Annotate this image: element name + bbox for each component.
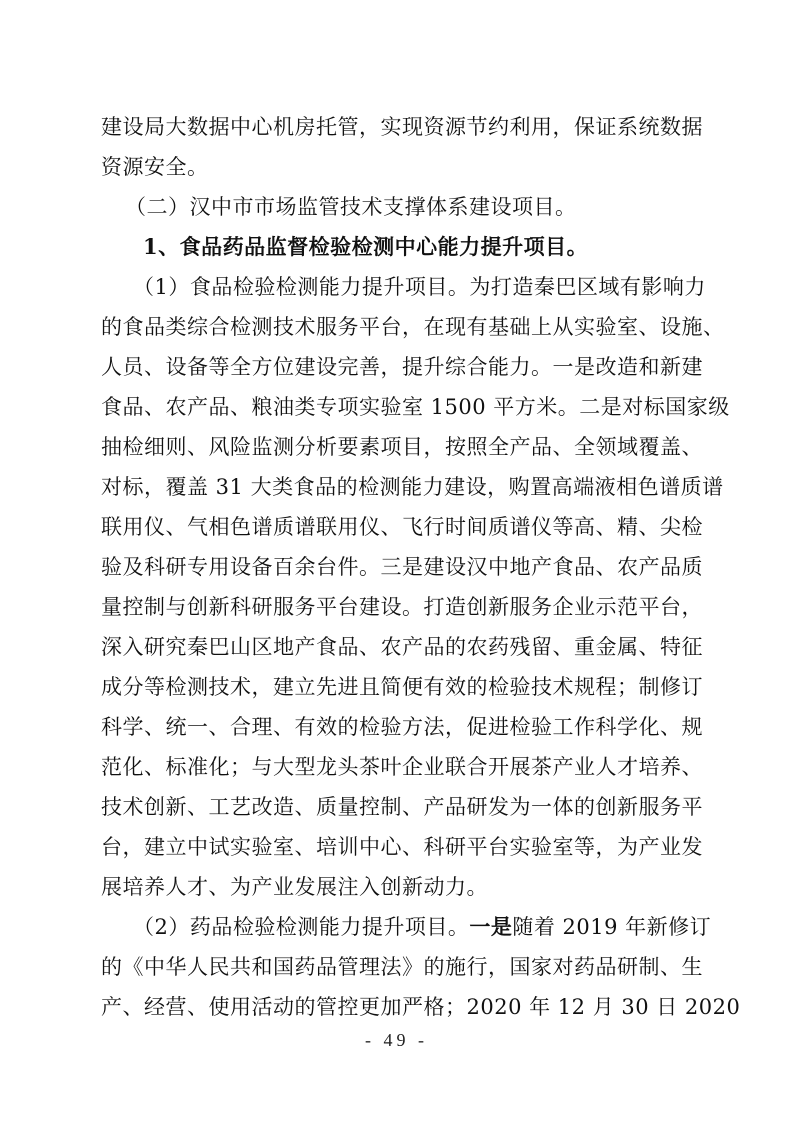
paragraph-line: 深入研究秦巴山区地产食品、农产品的农药残留、重金属、特征 (101, 627, 701, 667)
paragraph-line: 抽检细则、风险监测分析要素项目，按照全产品、全领域覆盖、 (101, 427, 701, 467)
page-number: - 49 - (0, 1030, 793, 1051)
line-text: （2）药品检验检测能力提升项目。 (133, 915, 469, 939)
paragraph-line: 联用仪、气相色谱质谱联用仪、飞行时间质谱仪等高、精、尖检 (101, 507, 701, 547)
paragraph-line: （2）药品检验检测能力提升项目。一是随着 2019 年新修订 (133, 907, 701, 947)
paragraph-line: 人员、设备等全方位建设完善，提升综合能力。一是改造和新建 (101, 347, 701, 387)
line-text: 随着 2019 年新修订 (512, 915, 711, 939)
paragraph-line: 建设局大数据中心机房托管，实现资源节约利用，保证系统数据 (101, 107, 701, 147)
paragraph-line: 范化、标准化；与大型龙头茶叶企业联合开展茶产业人才培养、 (101, 747, 701, 787)
section-heading: （二）汉中市市场监管技术支撑体系建设项目。 (125, 187, 683, 227)
subsection-heading: 1、食品药品监督检验检测中心能力提升项目。 (143, 227, 701, 267)
paragraph-line: 的食品类综合检测技术服务平台，在现有基础上从实验室、设施、 (101, 307, 701, 347)
paragraph-line: 验及科研专用设备百余台件。三是建设汉中地产食品、农产品质 (101, 547, 701, 587)
paragraph-line: 资源安全。 (101, 147, 701, 187)
paragraph-line: 成分等检测技术，建立先进且简便有效的检验技术规程；制修订 (101, 667, 701, 707)
paragraph-line: 技术创新、工艺改造、质量控制、产品研发为一体的创新服务平 (101, 787, 701, 827)
document-page: 建设局大数据中心机房托管，实现资源节约利用，保证系统数据 资源安全。 （二）汉中… (0, 0, 793, 1122)
paragraph-line: 对标，覆盖 31 大类食品的检测能力建设，购置高端液相色谱质谱 (101, 467, 701, 507)
paragraph-line: 台，建立中试实验室、培训中心、科研平台实验室等，为产业发 (101, 827, 701, 867)
paragraph-line: 产、经营、使用活动的管控更加严格；2020 年 12 月 30 日 2020 (101, 987, 701, 1027)
emphasis-text: 一是 (469, 914, 512, 939)
paragraph-line: （1）食品检验检测能力提升项目。为打造秦巴区域有影响力 (133, 267, 701, 307)
paragraph-line: 的《中华人民共和国药品管理法》的施行，国家对药品研制、生 (101, 947, 701, 987)
paragraph-line: 食品、农产品、粮油类专项实验室 1500 平方米。二是对标国家级 (101, 387, 701, 427)
paragraph-line: 量控制与创新科研服务平台建设。打造创新服务企业示范平台， (101, 587, 701, 627)
paragraph-line: 展培养人才、为产业发展注入创新动力。 (101, 867, 701, 907)
paragraph-line: 科学、统一、合理、有效的检验方法，促进检验工作科学化、规 (101, 707, 701, 747)
